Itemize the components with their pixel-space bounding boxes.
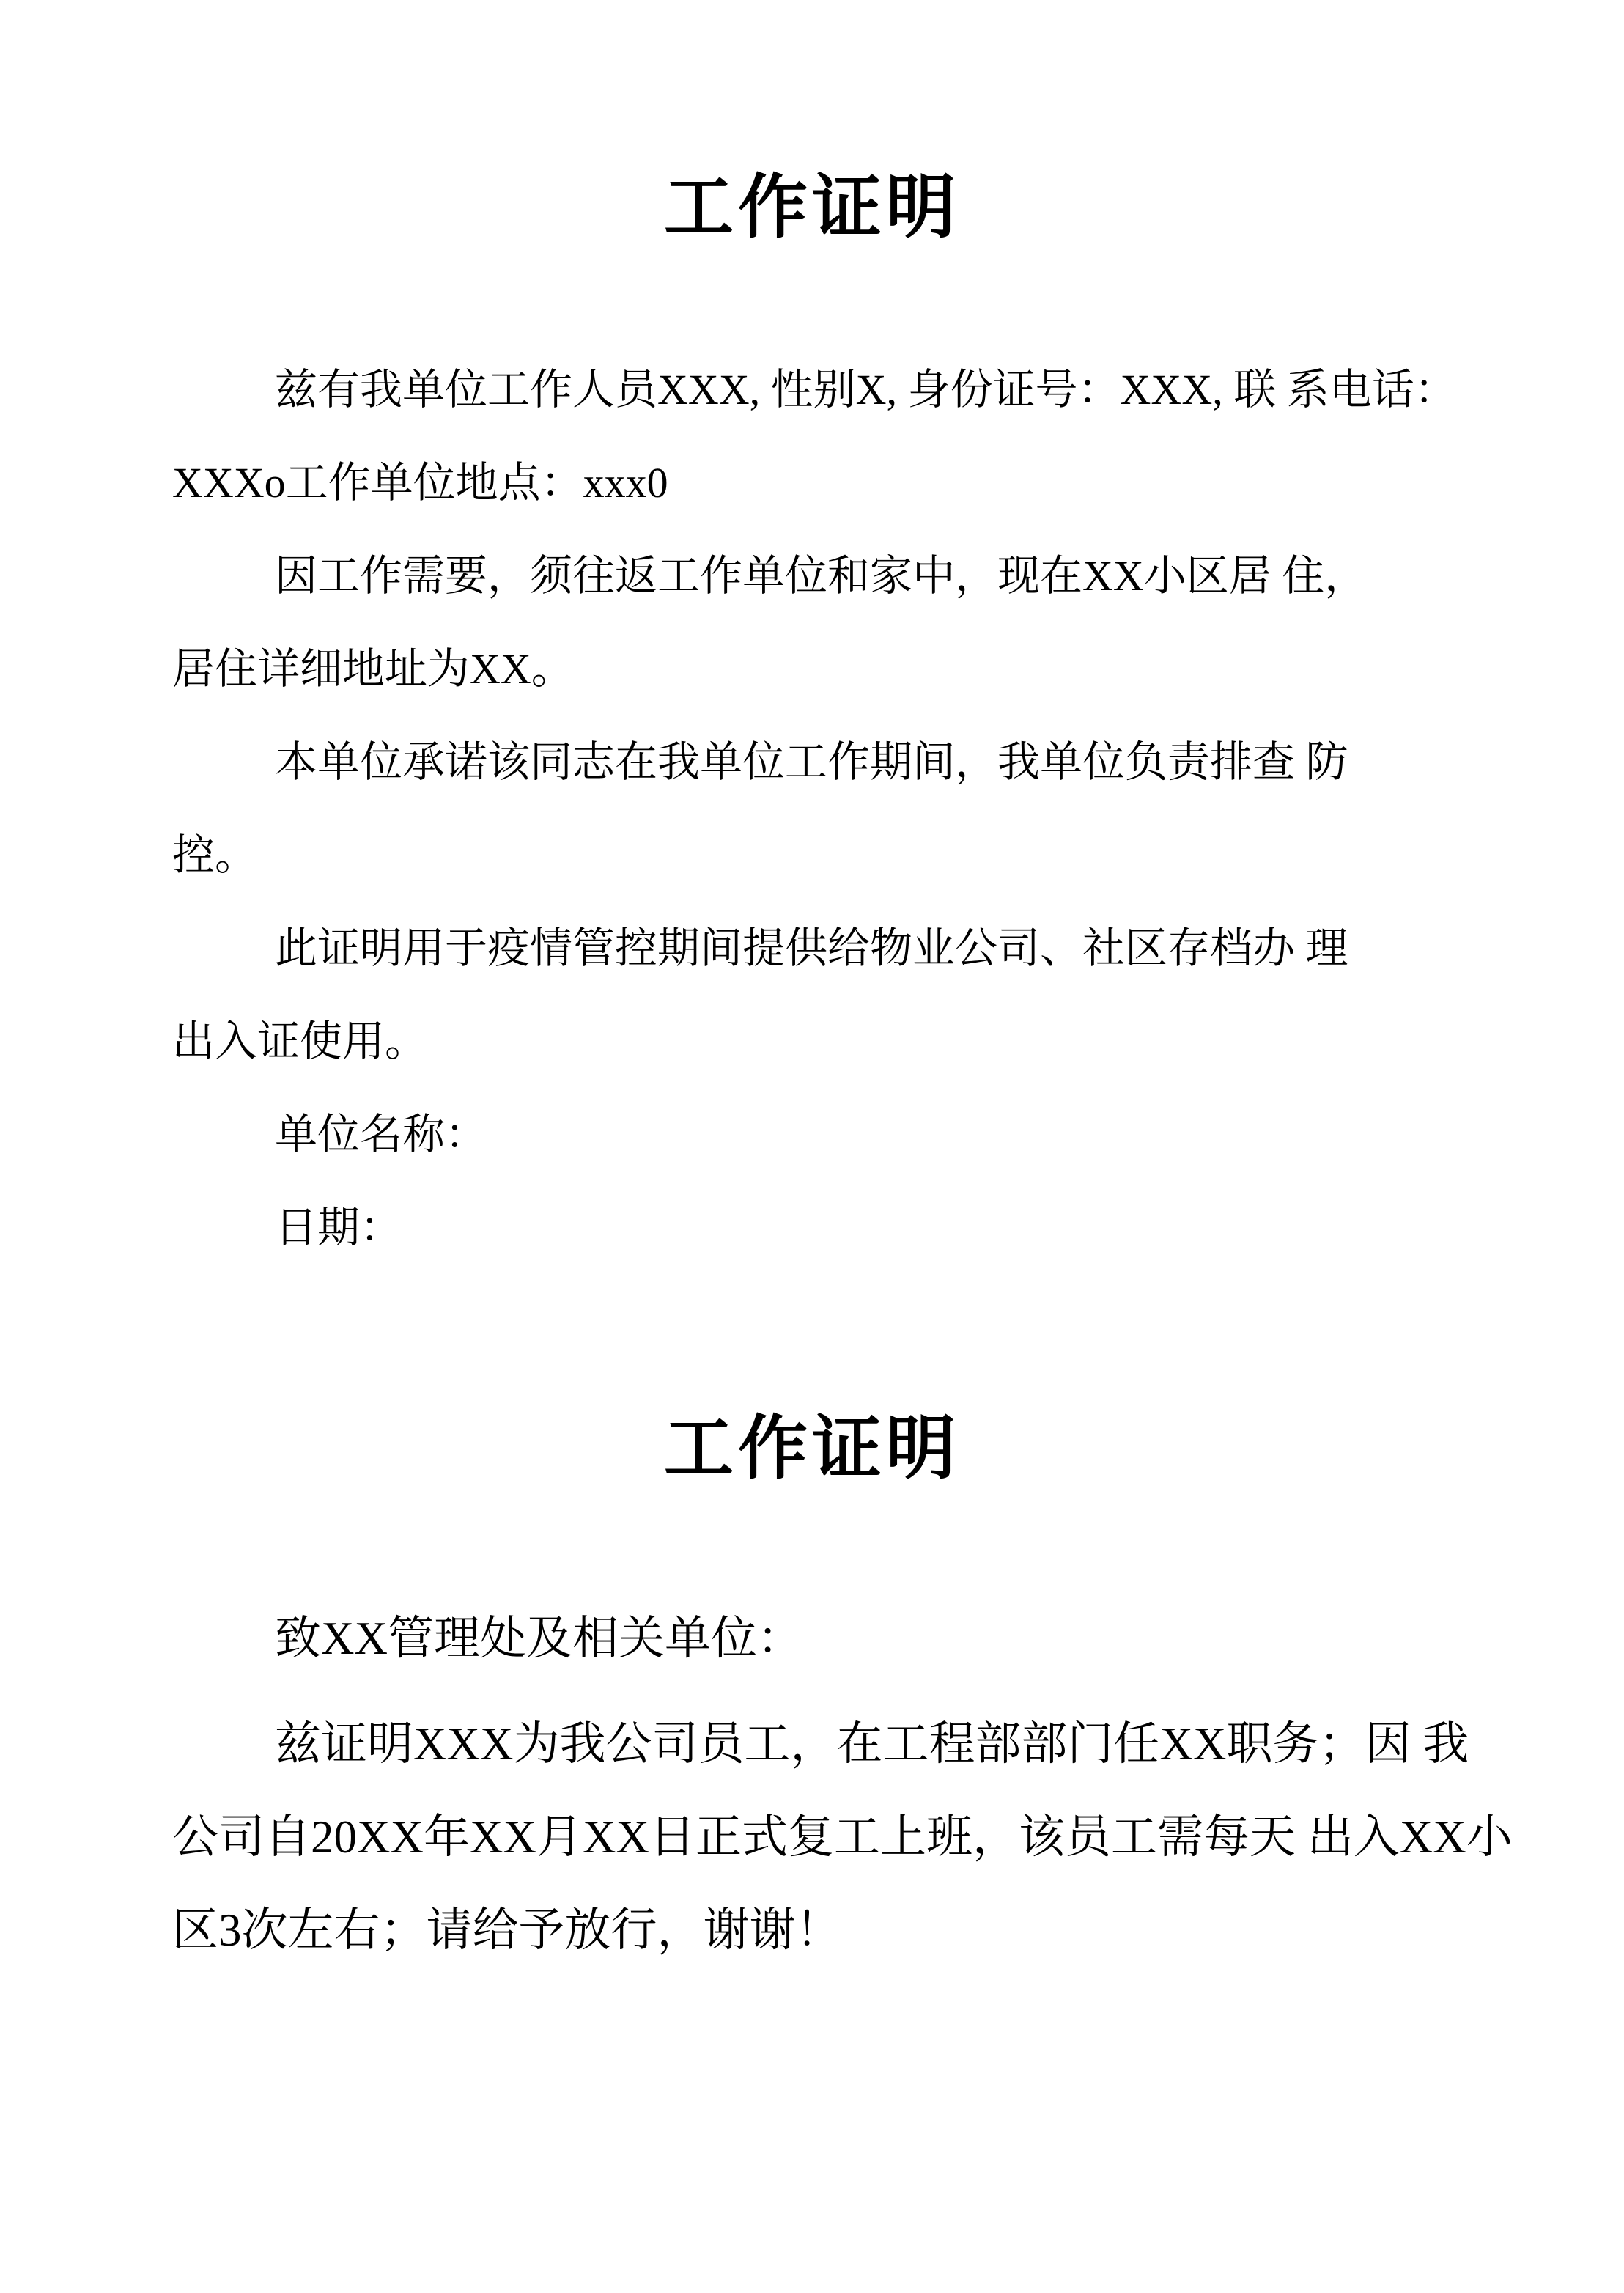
document1-date-label: 日期：	[172, 1181, 1551, 1274]
document2-body: 兹证明XXX为我公司员工，在工程部部门任XX职务；因 我 公司自20XX年XX月…	[0, 1698, 1624, 1977]
document-page: 工作证明 兹有我单位工作人员XXX, 性别X, 身份证号：XXX, 联 系电话：…	[0, 0, 1624, 2293]
document1-unit-name-label: 单位名称：	[172, 1088, 1551, 1181]
document2-salutation-block: 致XX管理处及相关单位：	[0, 1592, 1624, 1685]
document1-line: 此证明用于疫情管控期间提供给物业公司、社区存档办 理	[172, 902, 1551, 995]
document2-line: 兹证明XXX为我公司员工，在工程部部门任XX职务；因 我	[172, 1698, 1551, 1791]
document1-line: XXXo工作单位地点：xxx0	[172, 436, 1551, 529]
document1-line: 出入证使用。	[172, 995, 1551, 1088]
document1-line: 本单位承诺该同志在我单位工作期间，我单位负责排查 防	[172, 715, 1551, 809]
document1-line: 居住详细地址为XX。	[172, 622, 1551, 715]
document2-title: 工作证明	[0, 1401, 1624, 1496]
document2-salutation: 致XX管理处及相关单位：	[172, 1592, 1551, 1685]
document2-line: 公司自20XX年XX月XX日正式复工上班，该员工需每天 出入XX小	[172, 1791, 1551, 1884]
document1-title: 工作证明	[0, 160, 1624, 255]
document1-line: 控。	[172, 809, 1551, 902]
document2-line: 区3次左右；请给予放行，谢谢！	[172, 1884, 1551, 1977]
document1-line: 因工作需要，须往返工作单位和家中，现在XX小区居 住，	[172, 529, 1551, 622]
document1-body: 兹有我单位工作人员XXX, 性别X, 身份证号：XXX, 联 系电话： XXXo…	[0, 343, 1624, 1274]
document1-line: 兹有我单位工作人员XXX, 性别X, 身份证号：XXX, 联 系电话：	[172, 343, 1551, 436]
